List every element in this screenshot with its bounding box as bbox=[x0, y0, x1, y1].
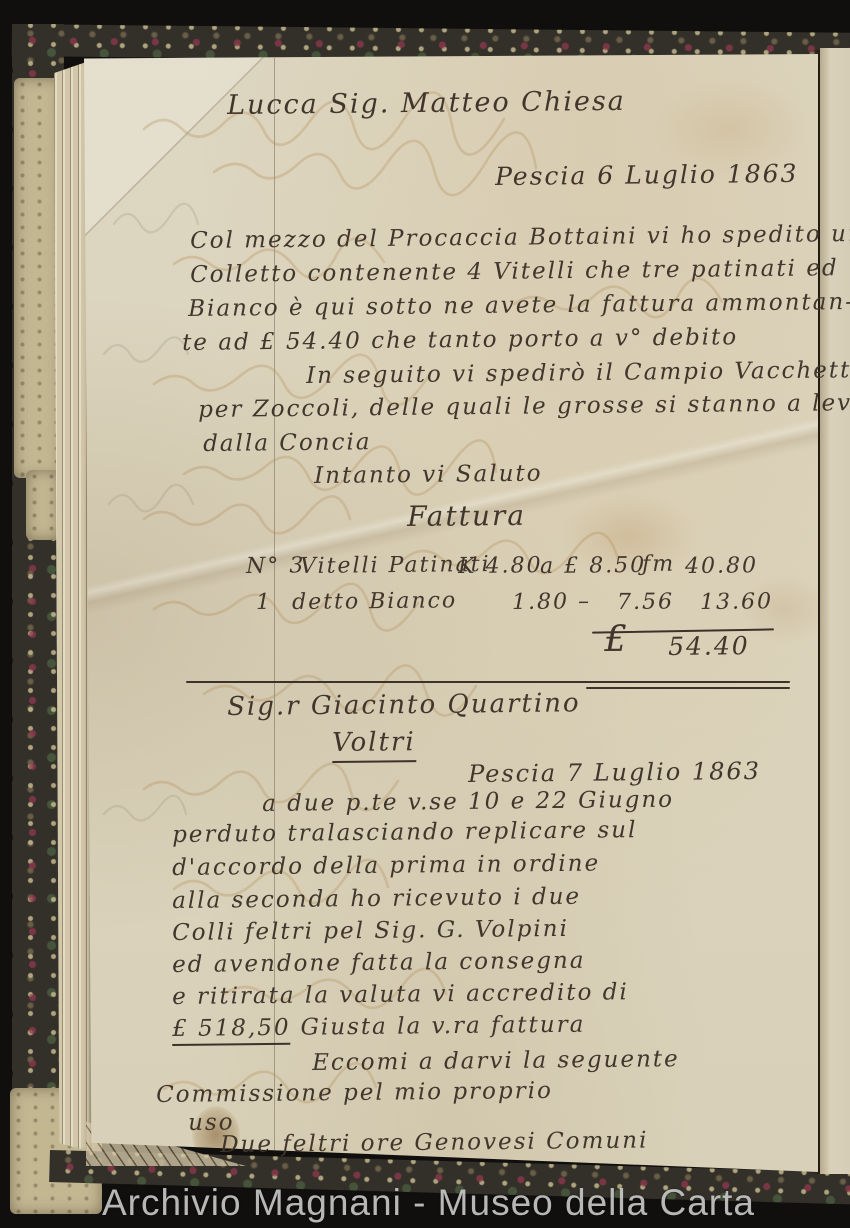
letter2-line: Colli feltri pel Sig. G. Volpini bbox=[172, 918, 569, 945]
credit-amount-underlined: £ 518,50 bbox=[172, 1015, 291, 1046]
invoice-row2-desc: detto Bianco bbox=[292, 590, 457, 614]
letter-divider-rule-2 bbox=[586, 687, 790, 689]
invoice-row2-weight: 1.80 – bbox=[512, 591, 591, 614]
letter2-line: perduto tralasciando replicare sul bbox=[172, 819, 637, 847]
letter1-dateline: Pescia 6 Luglio 1863 bbox=[495, 161, 799, 189]
invoice-row1-weight: K 4.80 bbox=[458, 555, 543, 578]
letter2-line: Commissione pel mio proprio bbox=[156, 1080, 553, 1107]
invoice-row1-unit: ƒm bbox=[642, 554, 675, 576]
facing-page-strip bbox=[820, 48, 850, 1174]
letter2-line: alla seconda ho ricevuto i due bbox=[172, 886, 581, 913]
letter-divider-rule bbox=[186, 681, 790, 683]
letter1-line: Intanto vi Saluto bbox=[314, 463, 543, 488]
letter2-line: a due p.te v.se 10 e 22 Giugno bbox=[262, 789, 674, 816]
letter2-credit-line: £ 518,50Giusta la v.ra fattura bbox=[172, 1014, 585, 1041]
fold-crease-top-left bbox=[84, 54, 264, 239]
archive-watermark: Archivio Magnani - Museo della Carta bbox=[102, 1182, 755, 1224]
letter2-line: d'accordo della prima in ordine bbox=[172, 853, 600, 880]
invoice-total-currency: £ bbox=[604, 622, 629, 658]
letter2-line: e ritirata la valuta vi accredito di bbox=[172, 981, 629, 1009]
photo-of-manuscript: Lucca Sig. Matteo Chiesa Pescia 6 Luglio… bbox=[0, 0, 850, 1228]
letter2-line: ed avendone fatta la consegna bbox=[172, 950, 586, 977]
letter1-line: te ad £ 54.40 che tanto porto a v° debit… bbox=[182, 326, 738, 355]
letter2-recipient: Sig.r Giacinto Quartino bbox=[227, 690, 581, 720]
invoice-row2-no: 1 bbox=[256, 592, 272, 614]
invoice-row1-no: N° 3 bbox=[246, 555, 305, 578]
letter1-recipient: Lucca Sig. Matteo Chiesa bbox=[227, 88, 626, 119]
letter1-line: In seguito vi spedirò il Campio Vacchett… bbox=[306, 359, 850, 388]
letter2-line: Eccomi a darvi la seguente bbox=[312, 1048, 680, 1075]
letter1-line: dalla Concia bbox=[203, 431, 372, 456]
letter2-dateline: Pescia 7 Luglio 1863 bbox=[468, 759, 761, 786]
invoice-title: Fattura bbox=[407, 502, 526, 531]
invoice-row1-amount: 40.80 bbox=[685, 555, 758, 578]
worn-leather-patch-mid bbox=[26, 470, 60, 540]
letter2-line: Due feltri ore Genovesi Comuni bbox=[220, 1130, 648, 1157]
invoice-total-value: 54.40 bbox=[668, 633, 750, 659]
invoice-row2-rate: 7.56 bbox=[617, 591, 674, 614]
invoice-row1-rate: a £ 8.50 bbox=[540, 555, 646, 578]
credit-rest: Giusta la v.ra fattura bbox=[300, 1012, 585, 1041]
letter2-place: Voltri bbox=[332, 729, 416, 756]
invoice-row2-amount: 13.60 bbox=[700, 591, 773, 614]
